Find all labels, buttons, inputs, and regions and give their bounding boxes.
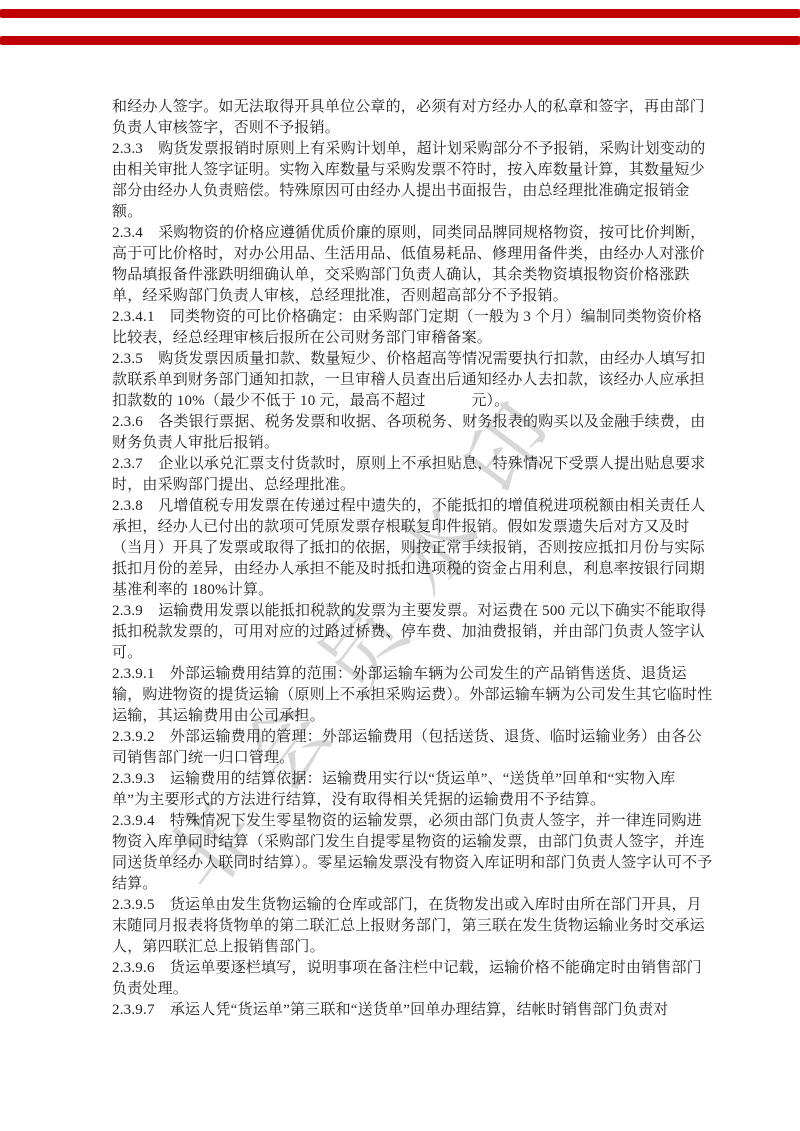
text-line: 承担，经办人已付出的款项可凭原发票存根联复印件报销。假如发票遗失后对方又及时 [112, 517, 696, 538]
text-line: 物资入库单同时结算（采购部门发生自提零星物资的运输发票，由部门负责人签字，并连 [112, 832, 696, 853]
text-line: 同送货单经办人联同时结算）。零星运输发票没有物资入库证明和部门负责人签字认可不予 [112, 853, 696, 874]
text-line: 2.3.7 企业以承兑汇票支付货款时，原则上不承担贴息，特殊情况下受票人提出贴息… [112, 454, 696, 475]
text-line: 扣款数的 10%（最少不低于 10 元，最高不超过 元）。 [112, 391, 696, 412]
text-line: 2.3.9.2 外部运输费用的管理：外部运输费用（包括送货、退货、临时运输业务）… [112, 727, 696, 748]
document-page: 非会员水印 和经办人签字。如无法取得开具单位公章的，必须有对方经办人的私章和签字… [0, 0, 800, 1131]
text-line: 高于可比价格时，对办公用品、生活用品、低值易耗品、修理用备件类，由经办人对涨价 [112, 244, 696, 265]
text-line: 2.3.5 购货发票因质量扣款、数量短少、价格超高等情况需要执行扣款，由经办人填… [112, 349, 696, 370]
text-line: 人，第四联汇总上报销售部门。 [112, 937, 696, 958]
text-line: 额。 [112, 202, 696, 223]
text-line: 可。 [112, 643, 696, 664]
text-line: 2.3.9.6 货运单要逐栏填写，说明事项在备注栏中记载，运输价格不能确定时由销… [112, 958, 696, 979]
text-line: 比较表，经总经理审核后报所在公司财务部门审稽备案。 [112, 328, 696, 349]
text-line: （当月）开具了发票或取得了抵扣的依据，则按正常手续报销，否则按应抵扣月份与实际 [112, 538, 696, 559]
text-line: 2.3.3 购货发票报销时原则上有采购计划单，超计划采购部分不予报销，采购计划变… [112, 139, 696, 160]
text-line: 物品填报备件涨跌明细确认单，交采购部门负责人确认，其余类物资填报物资价格涨跌 [112, 265, 696, 286]
text-line: 2.3.8 凡增值税专用发票在传递过程中遗失的，不能抵扣的增值税进项税额由相关责… [112, 496, 696, 517]
text-line: 结算。 [112, 874, 696, 895]
text-line: 司销售部门统一归口管理。 [112, 748, 696, 769]
text-line: 由相关审批人签字证明。实物入库数量与采购发票不符时，按入库数量计算，其数量短少 [112, 160, 696, 181]
text-line: 末随同月报表将货物单的第二联汇总上报财务部门，第三联在发生货物运输业务时交承运 [112, 916, 696, 937]
document-body-text: 和经办人签字。如无法取得开具单位公章的，必须有对方经办人的私章和签字，再由部门负… [112, 97, 696, 1021]
text-line: 单”为主要形式的方法进行结算，没有取得相关凭据的运输费用不予结算。 [112, 790, 696, 811]
text-line: 财务负责人审批后报销。 [112, 433, 696, 454]
text-line: 时，由采购部门提出、总经理批准。 [112, 475, 696, 496]
red-marker-bar-top [0, 9, 800, 18]
text-line: 负责处理。 [112, 979, 696, 1000]
text-line: 2.3.9 运输费用发票以能抵扣税款的发票为主要发票。对运费在 500 元以下确… [112, 601, 696, 622]
text-line: 输，购进物资的提货运输（原则上不承担采购运费）。外部运输车辆为公司发生其它临时性 [112, 685, 696, 706]
text-line: 2.3.9.3 运输费用的结算依据：运输费用实行以“货运单”、“送货单”回单和“… [112, 769, 696, 790]
text-line: 2.3.4.1 同类物资的可比价格确定：由采购部门定期（一般为 3 个月）编制同… [112, 307, 696, 328]
text-line: 运输，其运输费用由公司承担。 [112, 706, 696, 727]
text-line: 负责人审核签字，否则不予报销。 [112, 118, 696, 139]
text-line: 基准利率的 180%计算。 [112, 580, 696, 601]
red-marker-bar-bottom [0, 36, 800, 45]
text-line: 2.3.6 各类银行票据、税务发票和收据、各项税务、财务报表的购买以及金融手续费… [112, 412, 696, 433]
text-line: 2.3.9.4 特殊情况下发生零星物资的运输发票，必须由部门负责人签字，并一律连… [112, 811, 696, 832]
text-line: 2.3.4 采购物资的价格应遵循优质价廉的原则，同类同品牌同规格物资，按可比价判… [112, 223, 696, 244]
text-line: 2.3.9.1 外部运输费用结算的范围：外部运输车辆为公司发生的产品销售送货、退… [112, 664, 696, 685]
text-line: 款联系单到财务部门通知扣款，一旦审稽人员查出后通知经办人去扣款，该经办人应承担 [112, 370, 696, 391]
text-line: 抵扣税款发票的，可用对应的过路过桥费、停车费、加油费报销，并由部门负责人签字认 [112, 622, 696, 643]
text-line: 2.3.9.5 货运单由发生货物运输的仓库或部门，在货物发出或入库时由所在部门开… [112, 895, 696, 916]
text-line: 单，经采购部门负责人审核，总经理批准，否则超高部分不予报销。 [112, 286, 696, 307]
text-line: 2.3.9.7 承运人凭“货运单”第三联和“送货单”回单办理结算，结帐时销售部门… [112, 1000, 696, 1021]
text-line: 抵扣月份的差异，由经办人承担不能及时抵扣进项税的资金占用利息，利息率按银行同期 [112, 559, 696, 580]
text-line: 和经办人签字。如无法取得开具单位公章的，必须有对方经办人的私章和签字，再由部门 [112, 97, 696, 118]
text-line: 部分由经办人负责赔偿。特殊原因可由经办人提出书面报告，由总经理批准确定报销金 [112, 181, 696, 202]
